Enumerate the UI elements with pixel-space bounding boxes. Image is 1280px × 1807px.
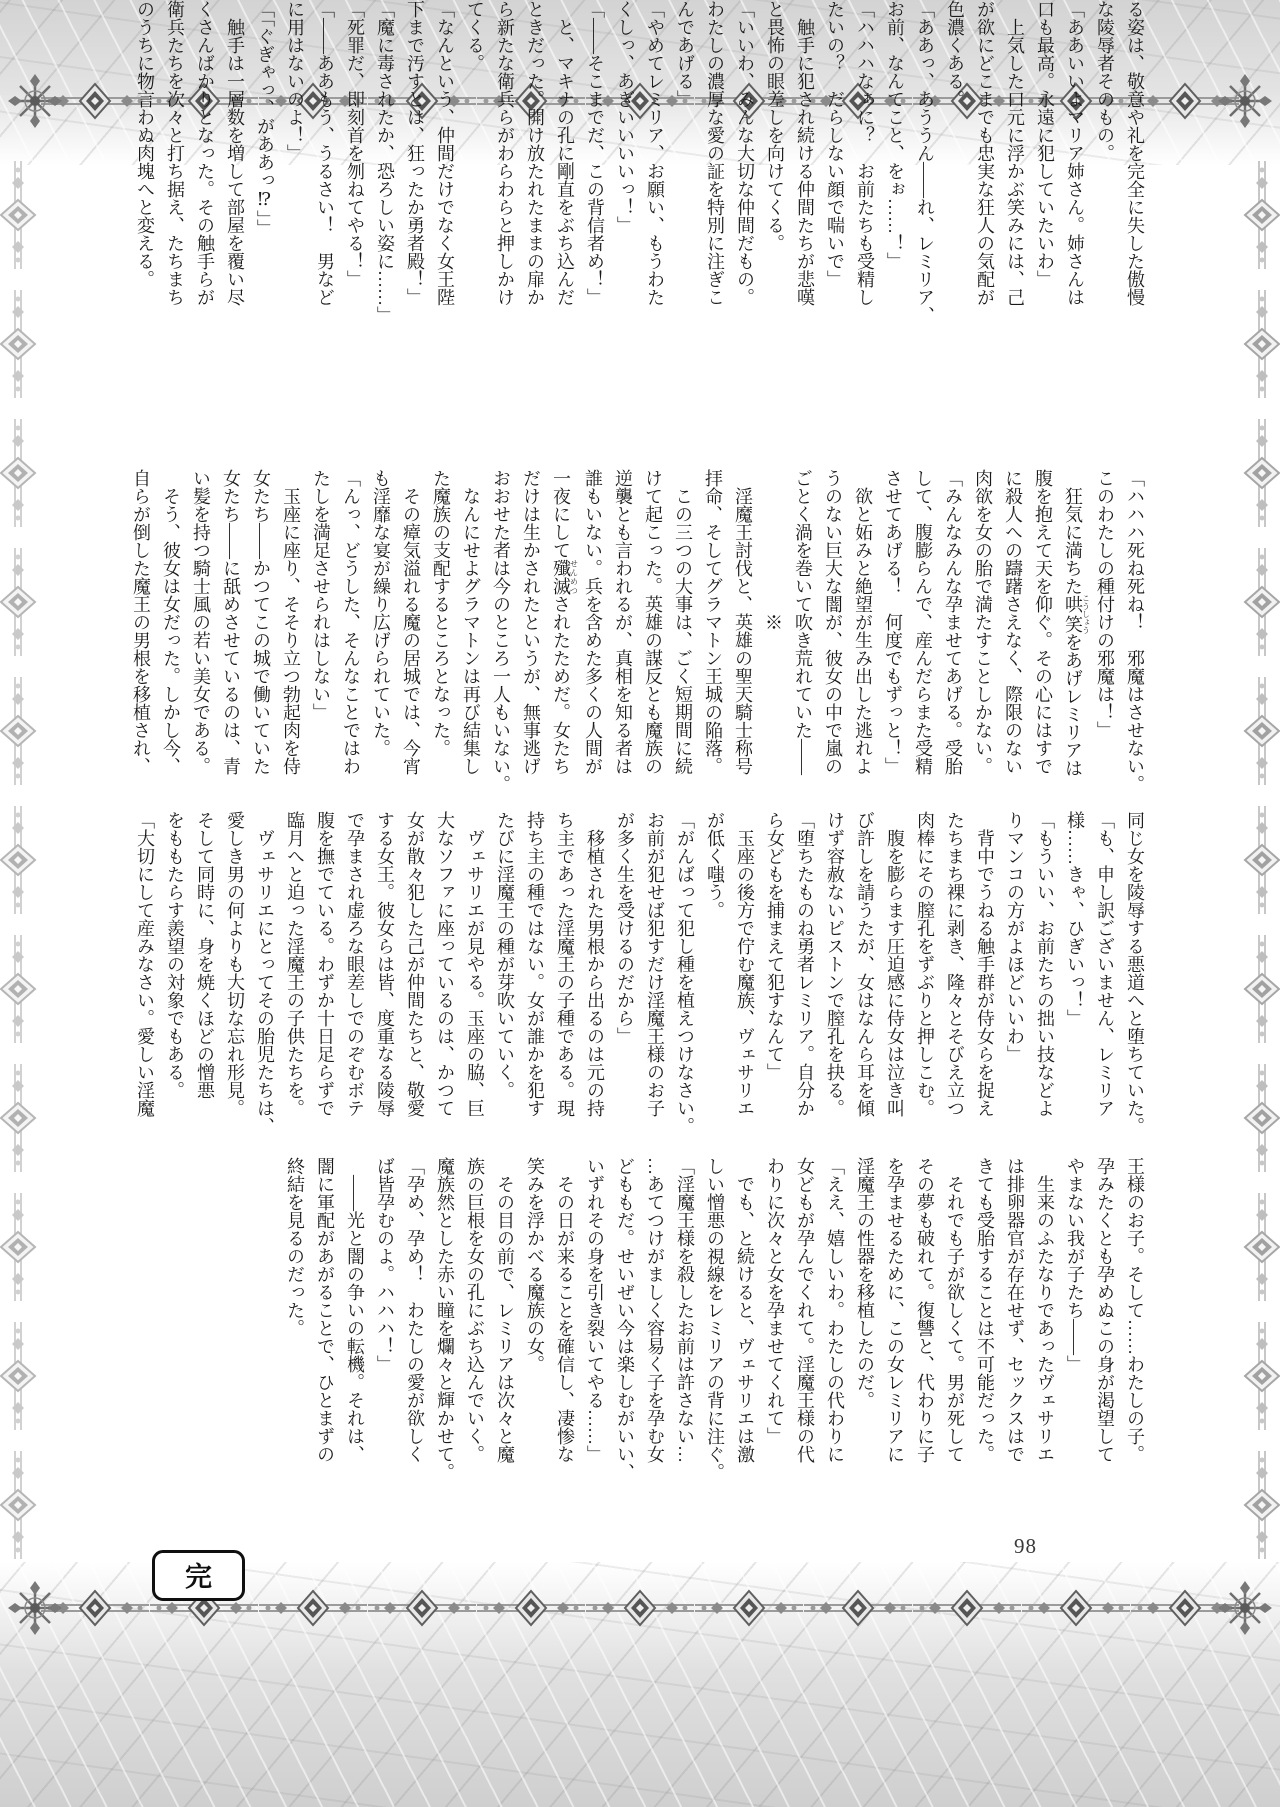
- text-column: 淫魔王の性器を移植したのだ。: [850, 1157, 880, 1509]
- text-column: 肉欲を女の胎で満たすことしかない。: [968, 469, 998, 821]
- text-column: てくる。: [460, 0, 490, 352]
- text-column: けず容赦ないピストンで膣孔を抉る。: [820, 811, 850, 1163]
- text-column: に用はないのよ！」: [280, 0, 310, 352]
- text-column: んであげる」: [670, 0, 700, 352]
- text-column: 衛兵たちを次々と打ち据え、たちまち: [160, 0, 190, 352]
- text-column: このわたしの種付けの邪魔は！」: [1090, 469, 1120, 821]
- text-column: りマンコの方がよほどいいわ」: [1000, 811, 1030, 1163]
- text-column: 闇に軍配があがることで、ひとまずの: [310, 1157, 340, 1509]
- text-column: 狂気に満ちた哄笑こうしょうをあげレミリアは: [1058, 469, 1090, 821]
- text-column: たしを満足させられはしない」: [306, 469, 336, 821]
- text-column: くさんばかりとなった。その触手らが: [190, 0, 220, 352]
- text-column: 笑みを浮かべる魔族の女。: [520, 1157, 550, 1509]
- novel-page: る姿は、敬意や礼を完全に失した傲慢な陵辱者そのもの。「ああいいよマリア姉さん。姉…: [0, 0, 1280, 1807]
- text-column: 「やめてレミリア、お願い、もうわた: [640, 0, 670, 352]
- text-column: のうちに物言わぬ肉塊へと変える。: [130, 0, 160, 352]
- text-column: 孕みたくとも孕めぬこの身が渇望して: [1090, 1157, 1120, 1509]
- text-column: 「ああっ、あううん――れ、レミリア、: [910, 0, 940, 352]
- text-column: 口も最高。永遠に犯していたいわ」: [1030, 0, 1060, 352]
- text-column: どももだ。せいぜい今は楽しむがいい、: [610, 1157, 640, 1509]
- text-column: 「死罪だ、即刻首を刎ねてやる！」: [340, 0, 370, 352]
- text-band-4: 王様のお子。そして……わたしの子。孕みたくとも孕めぬこの身が渇望してやまない我が…: [280, 1157, 1150, 1509]
- text-column: うのない巨大な闇が、彼女の中で嵐の: [818, 469, 848, 821]
- text-column: ※: [758, 469, 788, 821]
- text-column: そう、彼女は女だった。しかし今、: [156, 469, 186, 821]
- text-column: 族の巨根を女の孔にぶち込んでいく。: [460, 1157, 490, 1509]
- text-column: 上気した口元に浮かぶ笑みには、己: [1000, 0, 1030, 352]
- text-column: この三つの大事は、ごく短期間に続: [668, 469, 698, 821]
- text-column: 「も、申し訳ございません、レミリア: [1090, 811, 1120, 1163]
- text-column: が低く嗤う。: [700, 811, 730, 1163]
- page-number: 98: [1014, 1534, 1037, 1559]
- text-column: ごとく渦を巻いて吹き荒れていた――: [788, 469, 818, 821]
- text-column: 腹を抱えて天を仰ぐ。その心にはすで: [1028, 469, 1058, 821]
- text-column: ら女どもを捕まえて犯すなんて」: [760, 811, 790, 1163]
- text-column: と、マキナの孔に剛直をぶち込んだ: [550, 0, 580, 352]
- text-column: 女が散々犯した己が仲間たちと、敬愛: [400, 811, 430, 1163]
- text-column: が多く生を受けるのだから」: [610, 811, 640, 1163]
- text-column: る姿は、敬意や礼を完全に失した傲慢: [1120, 0, 1150, 352]
- text-column: 「淫魔王様を殺したお前は許さない…: [670, 1157, 700, 1509]
- text-column: だけは生かされたというが、無事逃げ: [516, 469, 546, 821]
- text-column: …あてつけがましく容易く子を孕む女: [640, 1157, 670, 1509]
- text-column: た魔族の支配するところとなった。: [426, 469, 456, 821]
- text-column: する女王。彼女らは皆、度重なる陵辱: [370, 811, 400, 1163]
- text-column: 魔族然とした赤い瞳を爛々と輝かせて。: [430, 1157, 460, 1509]
- text-column: なんにせよグラマトンは再び結集し: [456, 469, 486, 821]
- text-column: 王様のお子。そして……わたしの子。: [1120, 1157, 1150, 1509]
- text-column: くしっ、あぎいいいいっ！」: [610, 0, 640, 352]
- text-column: 「いいわ、みんな大切な仲間だもの。: [730, 0, 760, 352]
- text-column: 持ち主の種ではない。女が誰かを犯す: [520, 811, 550, 1163]
- text-column: たいの？ だらしない顔で喘いで」: [820, 0, 850, 352]
- text-column: が欲にどこまでも忠実な狂人の気配が: [970, 0, 1000, 352]
- text-column: お前、なんてこと、をぉ……！」: [880, 0, 910, 352]
- text-column: 「ハハハ死ね死ね！ 邪魔はさせない。: [1120, 469, 1150, 821]
- text-column: その目の前で、レミリアは次々と魔: [490, 1157, 520, 1509]
- text-column: 様……きゃ、ひぎいっ！」: [1060, 811, 1090, 1163]
- text-column: 「みんなみんな孕ませてあげる。受胎: [938, 469, 968, 821]
- text-column: 触手に犯され続ける仲間たちが悲嘆: [790, 0, 820, 352]
- text-column: ば皆孕むのよ。ハハハ！」: [370, 1157, 400, 1509]
- text-column: やまない我が子たち――」: [1060, 1157, 1090, 1509]
- text-column: わりに次々と女を孕ませてくれて」: [760, 1157, 790, 1509]
- text-column: 淫魔王討伐と、英雄の聖天騎士称号: [728, 469, 758, 821]
- text-column: 触手は一層数を増して部屋を覆い尽: [220, 0, 250, 352]
- text-column: 腹を撫でている。わずか十日足らずで: [310, 811, 340, 1163]
- text-column: ときだった。開け放たれたままの扉か: [520, 0, 550, 352]
- text-column: 肉棒にその膣孔をずぶりと押しこむ。: [910, 811, 940, 1163]
- text-column: 自らが倒した魔王の男根を移植され、: [126, 469, 156, 821]
- text-column: び許しを請うたが、女はなんら耳を傾: [850, 811, 880, 1163]
- text-column: も淫靡な宴が繰り広げられていた。: [366, 469, 396, 821]
- text-column: 「がんばって犯し種を植えつけなさい。: [670, 811, 700, 1163]
- text-column: 「堕ちたものね勇者レミリア。自分か: [790, 811, 820, 1163]
- text-column: い髪を持つ騎士風の若い美女である。: [186, 469, 216, 821]
- text-column: おおせた者は今のところ一人もいない。: [486, 469, 516, 821]
- text-column: 色濃くある。: [940, 0, 970, 352]
- text-column: ち主であった淫魔王の子種である。現: [550, 811, 580, 1163]
- text-column: ヴェサリエが見やる。玉座の脇、巨: [460, 811, 490, 1163]
- end-mark: 完: [152, 1550, 245, 1601]
- text-column: お前が犯せば犯すだけ淫魔王様のお子: [640, 811, 670, 1163]
- text-band-1: る姿は、敬意や礼を完全に失した傲慢な陵辱者そのもの。「ああいいよマリア姉さん。姉…: [130, 0, 1150, 352]
- text-column: 「――そこまでだ、この背信者め！」: [580, 0, 610, 352]
- text-column: な陵辱者そのもの。: [1090, 0, 1120, 352]
- text-column: いずれその身を引き裂いてやる……」: [580, 1157, 610, 1509]
- text-column: 同じ女を陵辱する悪道へと堕ちていた。: [1120, 811, 1150, 1163]
- text-column: 臨月へと迫った淫魔王の子供たちを。: [280, 811, 310, 1163]
- text-band-2: 「ハハハ死ね死ね！ 邪魔はさせない。このわたしの種付けの邪魔は！」 狂気に満ちた…: [126, 469, 1150, 821]
- text-column: 「「ぐぎゃっ、がああっ⁉」」: [250, 0, 280, 352]
- text-column: 腹を膨らます圧迫感に侍女は泣き叫: [880, 811, 910, 1163]
- text-column: 背中でうねる触手群が侍女らを捉え: [970, 811, 1000, 1163]
- text-column: 玉座に座り、そそり立つ勃起肉を侍: [276, 469, 306, 821]
- text-column: そして同時に、身を焼くほどの憎悪: [190, 811, 220, 1163]
- text-column: たびに淫魔王の種が芽吹いていく。: [490, 811, 520, 1163]
- text-column: 「んっ、どうした、そんなことではわ: [336, 469, 366, 821]
- text-column: しい憎悪の視線をレミリアの背に注ぐ。: [700, 1157, 730, 1509]
- text-column: けて起こった。英雄の謀反とも魔族の: [638, 469, 668, 821]
- text-column: ら新たな衛兵らがわらわらと押しかけ: [490, 0, 520, 352]
- text-column: 女たち――かつてこの城で働いていた: [246, 469, 276, 821]
- text-column: 「魔に毒されたか、恐ろしい姿に……」: [370, 0, 400, 352]
- text-column: に殺人への躊躇さえなく、際限のない: [998, 469, 1028, 821]
- text-column: 逆襲とも言われるが、真相を知る者は: [608, 469, 638, 821]
- text-band-3: 同じ女を陵辱する悪道へと堕ちていた。「も、申し訳ございません、レミリア様……きゃ…: [130, 811, 1150, 1163]
- text-column: 女たち――に舐めさせているのは、青: [216, 469, 246, 821]
- text-column: 「ハハハなぁに？ お前たちも受精し: [850, 0, 880, 352]
- text-column: ヴェサリエにとってその胎児たちは、: [250, 811, 280, 1163]
- text-column: させてあげる！ 何度でもずっと！」: [878, 469, 908, 821]
- text-column: 一夜にして殲滅せんめつされたためだ。女たち: [546, 469, 578, 821]
- text-column: その夢も破れて。復讐と、代わりに子: [910, 1157, 940, 1509]
- text-column: 「――ああもう、うるさい！ 男など: [310, 0, 340, 352]
- text-column: 「大切にして産みなさい。愛しい淫魔: [130, 811, 160, 1163]
- text-column: ――光と闇の争いの転機。それは、: [340, 1157, 370, 1509]
- text-column: 移植された男根から出るのは元の持: [580, 811, 610, 1163]
- text-column: 「なんという、仲間だけでなく女王陛: [430, 0, 460, 352]
- text-column: 終結を見るのだった。: [280, 1157, 310, 1509]
- text-column: 生来のふたなりであったヴェサリエ: [1030, 1157, 1060, 1509]
- text-column: 愛しき男の何よりも大切な忘れ形見。: [220, 811, 250, 1163]
- text-column: 「ああいいよマリア姉さん。姉さんは: [1060, 0, 1090, 352]
- text-column: 玉座の後方で佇む魔族、ヴェサリエ: [730, 811, 760, 1163]
- text-column: たちまち裸に剥き、隆々とそびえ立つ: [940, 811, 970, 1163]
- text-column: 拝命、そしてグラマトン王城の陥落。: [698, 469, 728, 821]
- text-column: わたしの濃厚な愛の証を特別に注ぎこ: [700, 0, 730, 352]
- text-column: 欲と妬みと絶望が生み出した逃れよ: [848, 469, 878, 821]
- text-column: 誰もいない。兵を含めた多くの人間が: [578, 469, 608, 821]
- text-column: 「もういい、お前たちの拙い技などよ: [1030, 811, 1060, 1163]
- text-column: その日が来ることを確信し、凄惨な: [550, 1157, 580, 1509]
- text-column: を孕ませるために、この女レミリアに: [880, 1157, 910, 1509]
- text-column: その瘴気溢れる魔の居城では、今宵: [396, 469, 426, 821]
- text-column: をももたらす羨望の対象でもある。: [160, 811, 190, 1163]
- text-column: と畏怖の眼差しを向けてくる。: [760, 0, 790, 352]
- text-column: それでも子が欲しくて。男が死して: [940, 1157, 970, 1509]
- text-column: は排卵器官が存在せず、セックスはで: [1000, 1157, 1030, 1509]
- text-column: 下まで汚すとは、狂ったか勇者殿！」: [400, 0, 430, 352]
- text-column: 「孕め、孕め！ わたしの愛が欲しく: [400, 1157, 430, 1509]
- text-column: 大なソファに座っているのは、かつて: [430, 811, 460, 1163]
- text-column: で孕まされ虚ろな眼差しでのぞむボテ: [340, 811, 370, 1163]
- text-column: でも、と続けると、ヴェサリエは激: [730, 1157, 760, 1509]
- text-column: して、腹膨らんで、産んだらまた受精: [908, 469, 938, 821]
- text-column: きても受胎することは不可能だった。: [970, 1157, 1000, 1509]
- text-column: 「ええ、嬉しいわ。わたしの代わりに: [820, 1157, 850, 1509]
- text-column: 女どもが孕んでくれて。淫魔王様の代: [790, 1157, 820, 1509]
